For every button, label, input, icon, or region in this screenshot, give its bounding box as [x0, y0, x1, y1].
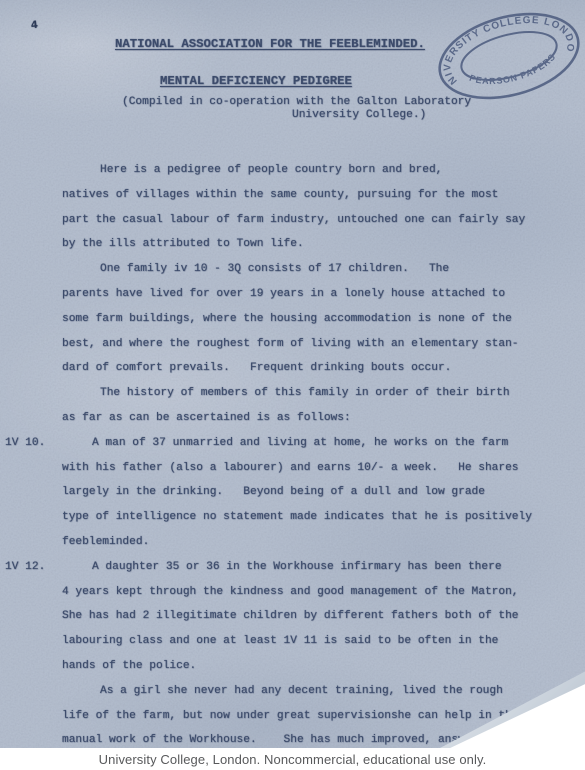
page-curl-corner [440, 664, 585, 748]
screenshot-root: 4 NATIONAL ASSOCIATION FOR THE FEEBLEMIN… [0, 0, 585, 770]
document-paper: 4 NATIONAL ASSOCIATION FOR THE FEEBLEMIN… [0, 0, 585, 748]
caption-bar: University College, London. Noncommercia… [0, 748, 585, 770]
document-line: part the casual labour of farm industry,… [62, 208, 585, 233]
document-line: as far as can be ascertained is as follo… [62, 406, 585, 431]
document-line: labouring class and one at least 1V 11 i… [62, 629, 585, 654]
compiled-line-2: University College.) [292, 109, 426, 121]
document-line: One family iv 10 - 3Q consists of 17 chi… [62, 257, 585, 282]
document-line: A daughter 35 or 36 in the Workhouse inf… [62, 555, 585, 580]
caption-text: University College, London. Noncommercia… [99, 752, 487, 767]
document-line: dard of comfort prevails. Frequent drink… [62, 356, 585, 381]
document-line: 4 years kept through the kindness and go… [62, 580, 585, 605]
document-line: some farm buildings, where the housing a… [62, 307, 585, 332]
document-line: She has had 2 illegitimate children by d… [62, 604, 585, 629]
document-line: parents have lived for over 19 years in … [62, 282, 585, 307]
document-line: with his father (also a labourer) and ea… [62, 456, 585, 481]
document-subtitle: MENTAL DEFICIENCY PEDIGREE [160, 74, 352, 88]
document-line: A man of 37 unmarried and living at home… [62, 431, 585, 456]
document-line: best, and where the roughest form of liv… [62, 332, 585, 357]
document-line: by the ills attributed to Town life. [62, 232, 585, 257]
ucl-pearson-papers-stamp: UNIVERSITY COLLEGE LONDON PEARSON PAPERS [423, 0, 585, 122]
document-line: Here is a pedigree of people country bor… [62, 158, 585, 183]
margin-label-1v10: 1V 10. [5, 431, 45, 456]
document-line: natives of villages within the same coun… [62, 183, 585, 208]
page-curl-background [440, 664, 585, 748]
document-title: NATIONAL ASSOCIATION FOR THE FEEBLEMINDE… [115, 37, 425, 51]
pencil-corner-mark: 4 [30, 20, 38, 32]
margin-label-1v12: 1V 12. [5, 555, 45, 580]
document-line: feebleminded. [62, 530, 585, 555]
document-line: type of intelligence no statement made i… [62, 505, 585, 530]
document-line: The history of members of this family in… [62, 381, 585, 406]
compiled-line-1: (Compiled in co-operation with the Galto… [122, 96, 471, 108]
document-line: largely in the drinking. Beyond being of… [62, 480, 585, 505]
stamp-bottom-text: PEARSON PAPERS [466, 50, 561, 94]
